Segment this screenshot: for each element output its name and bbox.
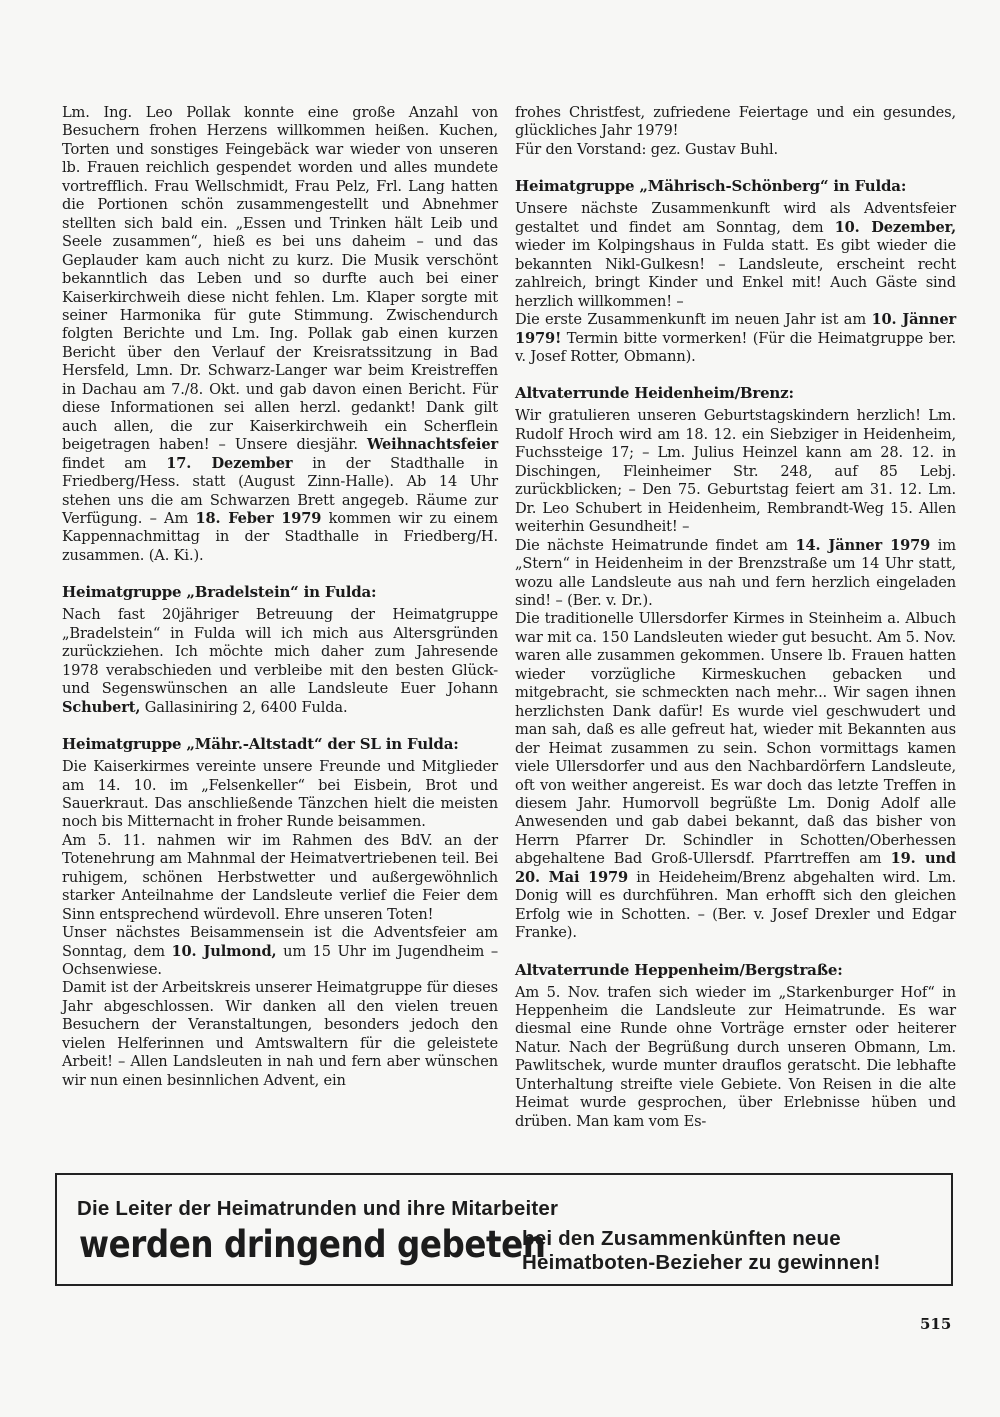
bold-date: 14. Jänner 1979: [795, 537, 930, 554]
banner-line-1: Die Leiter der Heimatrunden und ihre Mit…: [77, 1197, 558, 1221]
right-column: frohes Christfest, zufriedene Feiertage …: [515, 104, 956, 1131]
text-run: Die traditionelle Ullersdorfer Kirmes in…: [515, 610, 956, 867]
section-paragraph: frohes Christfest, zufriedene Feiertage …: [515, 104, 956, 141]
text-run: findet am: [62, 455, 166, 472]
section-heading: Altvaterrunde Heidenheim/Brenz:: [515, 384, 956, 403]
section-paragraph: Am 5. Nov. trafen sich wieder im „Starke…: [515, 984, 956, 1132]
text-run: Gallasiniring 2, 6400 Fulda.: [140, 699, 347, 716]
left-column: Lm. Ing. Leo Pollak konnte eine große An…: [62, 104, 498, 1090]
signature-line: Für den Vorstand: gez. Gustav Buhl.: [515, 141, 956, 159]
section-paragraph: Die traditionelle Ullersdorfer Kirmes in…: [515, 610, 956, 942]
page-number: 515: [920, 1315, 951, 1333]
section-heading: Altvaterrunde Heppenheim/Bergstraße:: [515, 961, 956, 980]
text-run: Termin bitte vormerken! (Für die Heimatg…: [515, 330, 956, 365]
section-paragraph: Am 5. 11. nahmen wir im Rahmen des BdV. …: [62, 832, 498, 924]
bold-date: 10. Julmond,: [172, 943, 277, 960]
text-run: Lm. Ing. Leo Pollak konnte eine große An…: [62, 104, 498, 453]
continuation-block: frohes Christfest, zufriedene Feiertage …: [515, 104, 956, 159]
section-spacer: [62, 565, 498, 583]
section-heading: Heimatgruppe „Mähr.-Altstadt“ der SL in …: [62, 735, 498, 754]
banner-headline: werden dringend gebeten: [79, 1223, 546, 1266]
banner-line-3: bei den Zusammenkünften neue Heimatboten…: [522, 1227, 881, 1275]
intro-paragraph: Lm. Ing. Leo Pollak konnte eine große An…: [62, 104, 498, 565]
text-run: Die nächste Heimatrunde findet am: [515, 537, 795, 554]
section-schoenberg: Heimatgruppe „Mährisch-Schönberg“ in Ful…: [515, 177, 956, 366]
section-heading: Heimatgruppe „Bradelstein“ in Fulda:: [62, 583, 498, 602]
text-run: wieder im Kolpingshaus in Fulda statt. E…: [515, 237, 956, 309]
bold-date: 17. Dezember: [166, 455, 292, 472]
text-run: Die erste Zusammenkunft im neuen Jahr is…: [515, 311, 872, 328]
banner-line-3b: Heimatboten-Bezieher zu gewinnen!: [522, 1251, 881, 1275]
section-spacer: [515, 366, 956, 384]
section-paragraph: Die erste Zusammenkunft im neuen Jahr is…: [515, 311, 956, 366]
notice-banner: Die Leiter der Heimatrunden und ihre Mit…: [55, 1173, 953, 1286]
text-run: Nach fast 20jähriger Betreuung der Heima…: [62, 606, 498, 697]
bold-event-name: Weihnachtsfeier: [367, 436, 498, 453]
bold-date: 18. Feber 1979: [195, 510, 321, 527]
banner-line-3a: bei den Zusammenkünften neue: [522, 1227, 881, 1251]
section-paragraph: Unser nächstes Beisammensein ist die Adv…: [62, 924, 498, 979]
section-paragraph: Wir gratulieren unseren Geburtstagskinde…: [515, 407, 956, 536]
section-bradelstein: Heimatgruppe „Bradelstein“ in Fulda: Nac…: [62, 583, 498, 717]
section-paragraph: Nach fast 20jähriger Betreuung der Heima…: [62, 606, 498, 717]
section-heppenheim: Altvaterrunde Heppenheim/Bergstraße: Am …: [515, 961, 956, 1132]
section-spacer: [62, 717, 498, 735]
section-spacer: [515, 943, 956, 961]
section-paragraph: Die nächste Heimatrunde findet am 14. Jä…: [515, 537, 956, 611]
section-paragraph: Unsere nächste Zusammenkunft wird als Ad…: [515, 200, 956, 311]
bold-name: Schubert,: [62, 699, 140, 716]
section-heidenheim: Altvaterrunde Heidenheim/Brenz: Wir grat…: [515, 384, 956, 942]
section-spacer: [515, 159, 956, 177]
section-altstadt: Heimatgruppe „Mähr.-Altstadt“ der SL in …: [62, 735, 498, 1090]
section-paragraph: Damit ist der Arbeitskreis unserer Heima…: [62, 979, 498, 1090]
section-heading: Heimatgruppe „Mährisch-Schönberg“ in Ful…: [515, 177, 956, 196]
bold-date: 10. Dezember,: [835, 219, 956, 236]
section-paragraph: Die Kaiserkirmes vereinte unsere Freunde…: [62, 758, 498, 832]
